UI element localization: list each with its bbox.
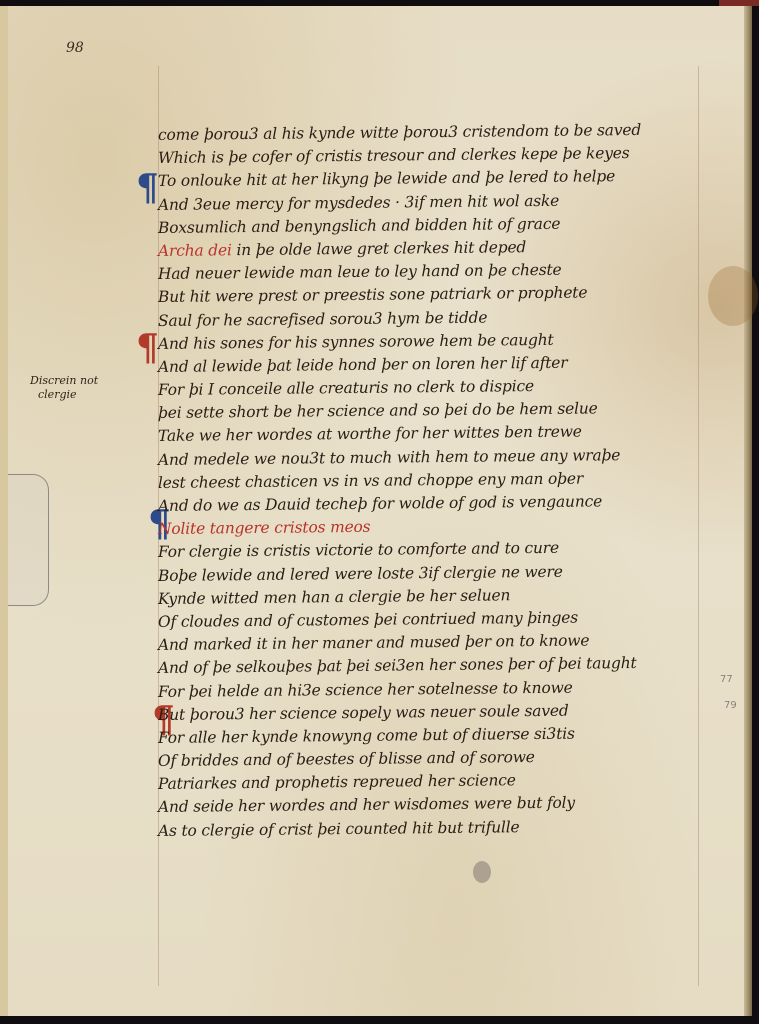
rubric-text: Archa dei bbox=[158, 241, 232, 260]
pilcrow-blue-icon: ¶ bbox=[136, 170, 159, 206]
rubric-text: Nolite tangere cristos meos bbox=[158, 518, 371, 538]
text-column: come þorou3 al his kynde witte þorou3 cr… bbox=[158, 124, 758, 843]
margin-annotation: Discrein not clergie bbox=[30, 374, 98, 402]
pilcrow-red-icon: ¶ bbox=[136, 330, 159, 366]
margin-note-line: Discrein not bbox=[30, 374, 98, 388]
manuscript-page: 98 Discrein not clergie 77 79 ¶ ¶ ¶ ¶ co… bbox=[0, 6, 752, 1016]
folio-number: 98 bbox=[66, 40, 84, 56]
binding-edge bbox=[719, 0, 759, 6]
ink-spot bbox=[473, 861, 491, 883]
book-clasp bbox=[8, 474, 49, 606]
margin-note-line: clergie bbox=[30, 388, 98, 402]
